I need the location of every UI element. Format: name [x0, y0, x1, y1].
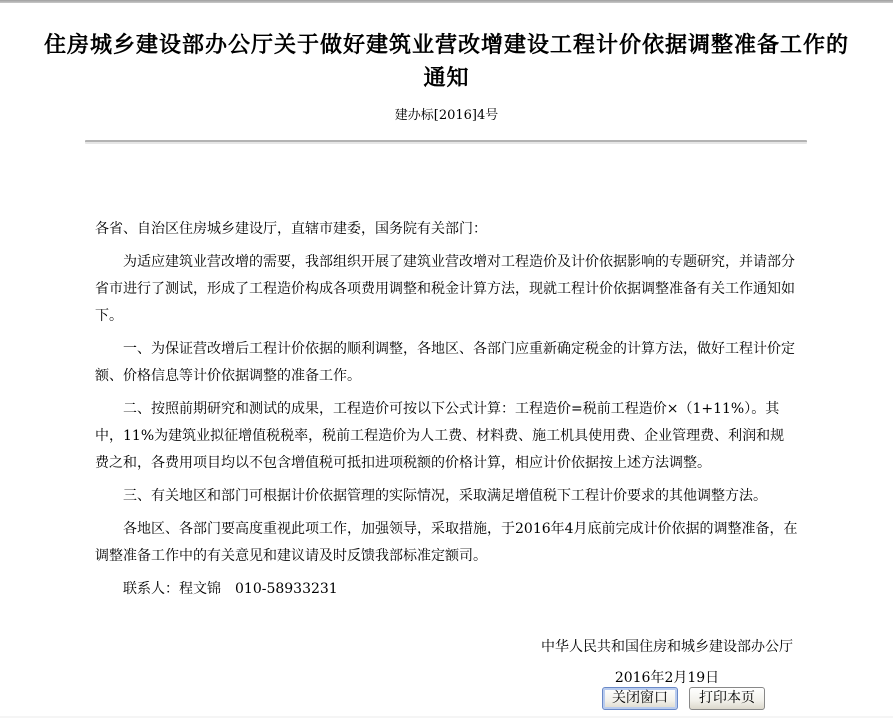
close-window-button[interactable]: 关闭窗口 — [602, 687, 678, 710]
top-border — [0, 0, 893, 3]
page-title: 住房城乡建设部办公厅关于做好建筑业营改增建设工程计价依据调整准备工作的通知 — [40, 29, 853, 95]
footer-button-row: 关闭窗口 打印本页 — [602, 687, 765, 710]
contact-line: 联系人：程文锦 010-58933231 — [95, 576, 798, 603]
paragraph: 三、有关地区和部门可根据计价依据管理的实际情况，采取满足增值税下工程计价要求的其… — [95, 483, 798, 510]
paragraph: 一、为保证营改增后工程计价依据的顺利调整，各地区、各部门应重新确定税金的计算方法… — [95, 336, 798, 390]
document-body: 各省、自治区住房城乡建设厅，直辖市建委，国务院有关部门： 为适应建筑业营改增的需… — [95, 216, 798, 603]
salutation-line: 各省、自治区住房城乡建设厅，直辖市建委，国务院有关部门： — [95, 216, 798, 243]
signature-block: 中华人民共和国住房和城乡建设部办公厅 2016年2月19日 — [0, 634, 793, 692]
print-page-button[interactable]: 打印本页 — [689, 687, 765, 710]
horizontal-divider — [85, 140, 807, 144]
issuing-authority: 中华人民共和国住房和城乡建设部办公厅 — [541, 634, 793, 661]
paragraph: 二、按照前期研究和测试的成果，工程造价可按以下公式计算：工程造价=税前工程造价×… — [95, 396, 798, 477]
paragraph: 为适应建筑业营改增的需要，我部组织开展了建筑业营改增对工程造价及计价依据影响的专… — [95, 249, 798, 330]
paragraph: 各地区、各部门要高度重视此项工作，加强领导，采取措施，于2016年4月底前完成计… — [95, 516, 798, 570]
document-number: 建办标[2016]4号 — [0, 104, 893, 123]
